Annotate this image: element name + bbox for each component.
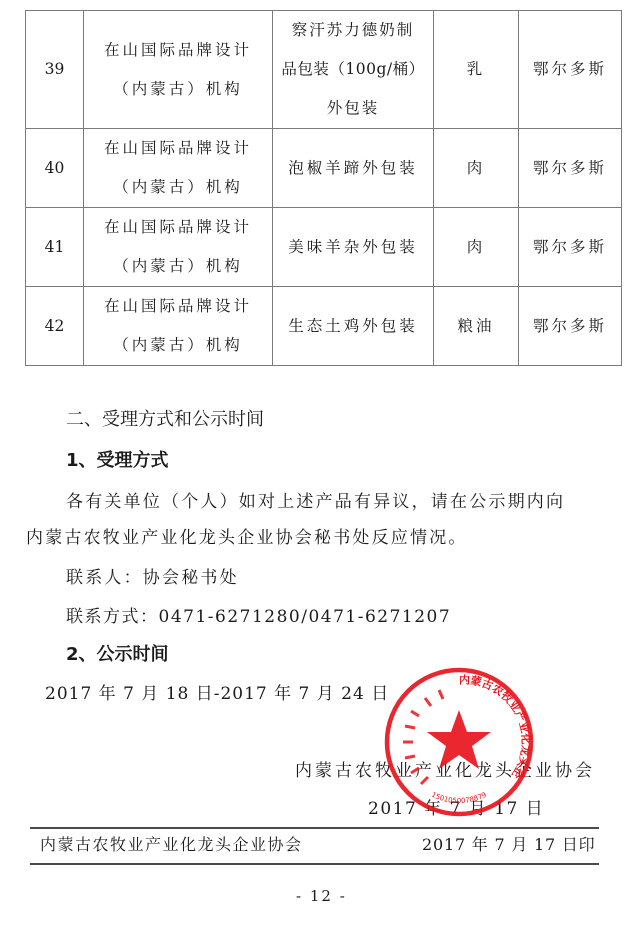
subheading-acceptance: 1、受理方式 [66,446,169,472]
region: 鄂尔多斯 [519,287,622,366]
table-row: 39 在山国际品牌设计（内蒙古）机构 察汗苏力德奶制品包装（100g/桶）外包装… [26,11,622,129]
row-number: 40 [26,129,84,208]
organization: 在山国际品牌设计（内蒙古）机构 [84,129,273,208]
product-name: 美味羊杂外包装 [273,208,434,287]
table-row: 41 在山国际品牌设计（内蒙古）机构 美味羊杂外包装 肉 鄂尔多斯 [26,208,622,287]
region: 鄂尔多斯 [519,129,622,208]
product-name: 泡椒羊蹄外包装 [273,129,434,208]
table-row: 42 在山国际品牌设计（内蒙古）机构 生态土鸡外包装 粮油 鄂尔多斯 [26,287,622,366]
official-seal-icon: 内蒙古农牧业产业化龙头企业协会 1501050078879 [383,666,535,818]
svg-text:1501050078879: 1501050078879 [430,791,488,805]
product-name: 生态土鸡外包装 [273,287,434,366]
table-row: 40 在山国际品牌设计（内蒙古）机构 泡椒羊蹄外包装 肉 鄂尔多斯 [26,129,622,208]
footer-top-rule [30,827,599,829]
organization: 在山国际品牌设计（内蒙古）机构 [84,287,273,366]
category: 乳 [434,11,519,129]
publicity-period: 2017 年 7 月 18 日-2017 年 7 月 24 日 [45,679,389,704]
organization: 在山国际品牌设计（内蒙古）机构 [84,11,273,129]
row-number: 41 [26,208,84,287]
footer-bottom-rule [30,863,599,865]
contact-phone: 联系方式：0471-6271280/0471-6271207 [66,602,451,627]
product-table: 39 在山国际品牌设计（内蒙古）机构 察汗苏力德奶制品包装（100g/桶）外包装… [25,10,622,366]
category: 肉 [434,208,519,287]
row-number: 39 [26,11,84,129]
row-number: 42 [26,287,84,366]
category: 粮油 [434,287,519,366]
region: 鄂尔多斯 [519,11,622,129]
page-number: - 12 - [296,887,347,905]
region: 鄂尔多斯 [519,208,622,287]
footer-print-date: 2017 年 7 月 17 日印 [422,832,596,855]
category: 肉 [434,129,519,208]
footer-organization: 内蒙古农牧业产业化龙头企业协会 [40,832,303,855]
section-heading: 二、受理方式和公示时间 [66,405,264,431]
organization: 在山国际品牌设计（内蒙古）机构 [84,208,273,287]
paragraph-line-2: 内蒙古农牧业产业化龙头企业协会秘书处反应情况。 [26,523,468,548]
paragraph-line-1: 各有关单位（个人）如对上述产品有异议，请在公示期内向 [66,487,565,512]
contact-person: 联系人：协会秘书处 [66,563,239,588]
subheading-period: 2、公示时间 [66,640,169,666]
product-name: 察汗苏力德奶制品包装（100g/桶）外包装 [273,11,434,129]
